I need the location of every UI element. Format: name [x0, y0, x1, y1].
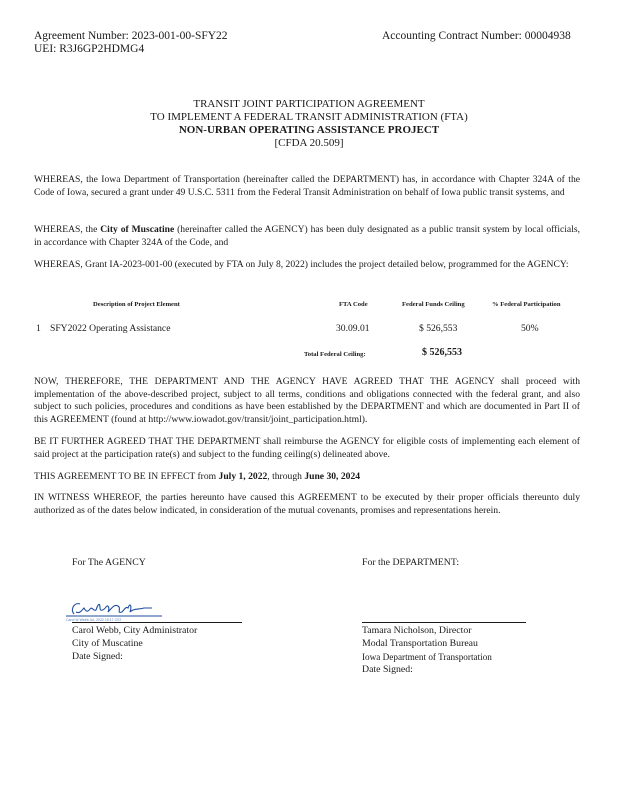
further-agreed-paragraph: BE IT FURTHER AGREED THAT THE DEPARTMENT…	[34, 436, 580, 461]
agreement-number: Agreement Number: 2023-001-00-SFY22	[34, 29, 228, 43]
row-participation: 50%	[521, 323, 539, 334]
uei: UEI: R3J6GP2HDMG4	[34, 42, 144, 56]
agency-signature-line	[72, 622, 242, 623]
whereas-department: WHEREAS, the Iowa Department of Transpor…	[34, 174, 580, 199]
department-signer-org: Iowa Department of Transportation	[362, 651, 492, 664]
title-line-2: TO IMPLEMENT A FEDERAL TRANSIT ADMINISTR…	[0, 111, 618, 124]
row-description: SFY2022 Operating Assistance	[50, 323, 170, 334]
col-fta-code: FTA Code	[339, 301, 368, 308]
department-signature-line	[362, 622, 526, 623]
whereas-agency-pre: WHEREAS, the	[34, 224, 100, 235]
agency-signer-name: Carol Webb, City Administrator	[72, 625, 197, 638]
row-fta-code: 30.09.01	[336, 323, 370, 334]
total-label: Total Federal Ceiling:	[304, 351, 366, 358]
witness-paragraph: IN WITNESS WHEREOF, the parties hereunto…	[34, 492, 580, 517]
department-signer-bureau: Modal Transportation Bureau	[362, 638, 478, 651]
effective-dates: THIS AGREEMENT TO BE IN EFFECT from July…	[34, 471, 580, 484]
title-line-1: TRANSIT JOINT PARTICIPATION AGREEMENT	[0, 98, 618, 111]
agency-signer-org: City of Muscatine	[72, 638, 143, 651]
signature-image: Carol W Webb Jul, 2022 15:17 CST	[64, 598, 164, 622]
col-ceiling: Federal Funds Ceiling	[402, 301, 465, 308]
row-ceiling: $ 526,553	[419, 323, 457, 334]
col-participation: % Federal Participation	[492, 301, 561, 308]
total-value: $ 526,553	[422, 347, 462, 358]
row-number: 1	[36, 323, 41, 334]
effect-start-date: July 1, 2022	[219, 471, 268, 482]
agency-signature-heading: For The AGENCY	[72, 557, 146, 570]
department-date-signed: Date Signed:	[362, 664, 413, 677]
whereas-agency: WHEREAS, the City of Muscatine (hereinaf…	[34, 224, 580, 249]
agency-name: City of Muscatine	[100, 224, 174, 235]
agency-date-signed: Date Signed:	[72, 651, 123, 664]
effect-mid: , through	[267, 471, 304, 482]
effect-pre: THIS AGREEMENT TO BE IN EFFECT from	[34, 471, 219, 482]
department-signature-heading: For the DEPARTMENT:	[362, 557, 459, 570]
effect-end-date: June 30, 2024	[304, 471, 360, 482]
title-cfda: [CFDA 20.509]	[0, 137, 618, 150]
title-line-3: NON-URBAN OPERATING ASSISTANCE PROJECT	[0, 124, 618, 137]
now-therefore-paragraph: NOW, THEREFORE, THE DEPARTMENT AND THE A…	[34, 376, 580, 426]
col-description: Description of Project Element	[93, 301, 180, 308]
department-signer-name: Tamara Nicholson, Director	[362, 625, 472, 638]
whereas-grant: WHEREAS, Grant IA-2023-001-00 (executed …	[34, 259, 580, 272]
accounting-contract-number: Accounting Contract Number: 00004938	[382, 29, 571, 43]
